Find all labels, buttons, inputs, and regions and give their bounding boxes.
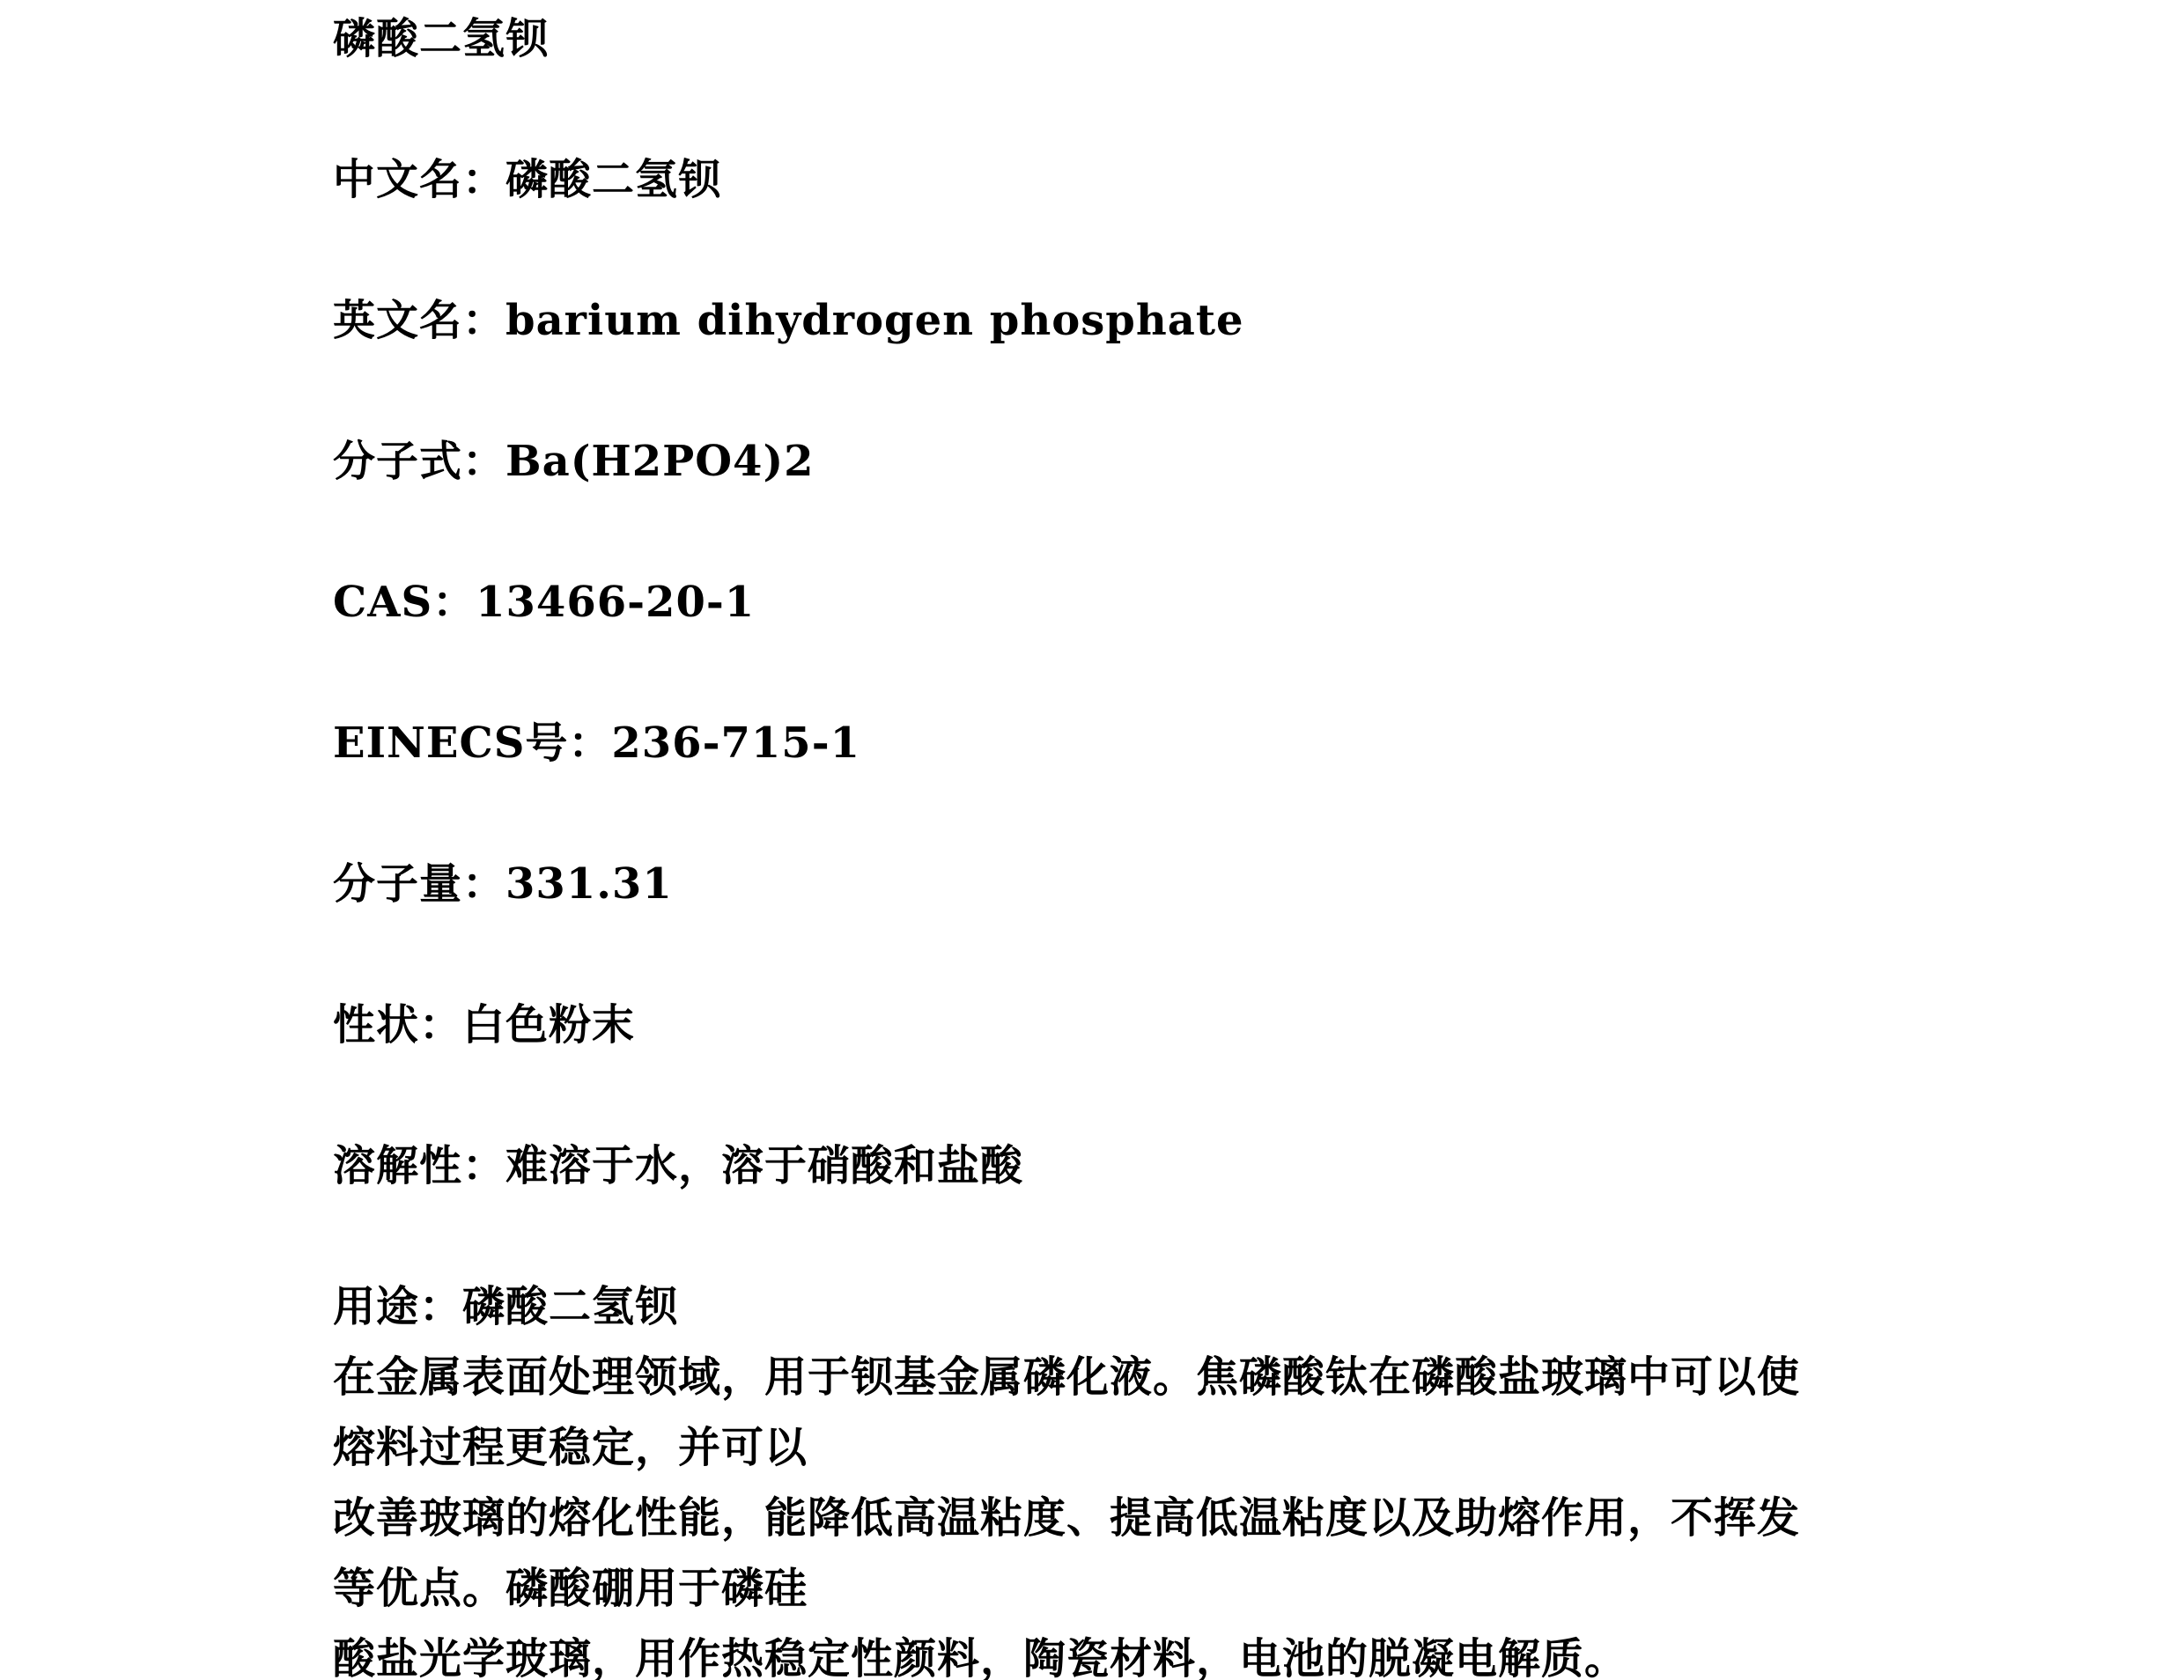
field-label: 分子式： xyxy=(333,437,505,486)
field-value: 236-715-1 xyxy=(611,718,860,768)
field-appearance: 性状：白色粉末 xyxy=(333,997,635,1053)
field-value: Ba(H2PO4)2 xyxy=(505,437,815,486)
field-label: 用途： xyxy=(333,1282,462,1331)
field-value: 难溶于水，溶于硝酸和盐酸 xyxy=(505,1141,1023,1190)
field-label: 溶解性： xyxy=(333,1141,505,1190)
field-value: 磷酸二氢钡 xyxy=(462,1282,678,1331)
field-solubility: 溶解性：难溶于水，溶于硝酸和盐酸 xyxy=(333,1138,1023,1194)
field-value: 磷酸二氢钡 xyxy=(505,155,721,204)
field-label: EINECS号： xyxy=(333,718,611,768)
field-label: 中文名： xyxy=(333,155,505,204)
paragraph-line: 熔料过程更稳定，并可以 xyxy=(333,1419,808,1476)
field-label: CAS： xyxy=(333,578,476,627)
title-text: 磷酸二氢钡 xyxy=(333,14,549,63)
document-title: 磷酸二氢钡 xyxy=(333,11,549,67)
field-value: 白色粉末 xyxy=(462,1000,635,1050)
field-label: 英文名： xyxy=(333,296,505,345)
field-value: 13466-20-1 xyxy=(476,578,755,627)
field-chinese-name: 中文名：磷酸二氢钡 xyxy=(333,151,721,208)
paragraph-line: 酸盐光学玻璃，用作热稳定性颜料，陶瓷材料，电池的脱凝电解质。 xyxy=(333,1631,1627,1680)
field-english-name: 英文名：barium dihydrogen phosphate xyxy=(333,292,1244,349)
field-value: 331.31 xyxy=(505,859,673,909)
paragraph-line: 等优点。磷酸硼用于磷硅 xyxy=(333,1560,808,1617)
field-label: 性状： xyxy=(333,1000,462,1050)
field-cas: CAS：13466-20-1 xyxy=(333,574,755,630)
paragraph-line: 改善玻璃的熔化性能，能降低高温粘度、提高低温粘度以及助熔作用，不挥发 xyxy=(333,1490,1800,1546)
field-label: 分子量： xyxy=(333,859,505,909)
field-molecular-formula: 分子式：Ba(H2PO4)2 xyxy=(333,433,815,490)
field-value: barium dihydrogen phosphate xyxy=(505,296,1244,345)
paragraph-line: 在金属表面处理领域，用于钡基金属磷化液。焦磷酸钛在磷酸盐玻璃中可以使 xyxy=(333,1349,1800,1405)
field-molecular-weight: 分子量：331.31 xyxy=(333,856,673,912)
field-einecs: EINECS号：236-715-1 xyxy=(333,715,860,771)
field-usage: 用途：磷酸二氢钡 xyxy=(333,1278,678,1335)
